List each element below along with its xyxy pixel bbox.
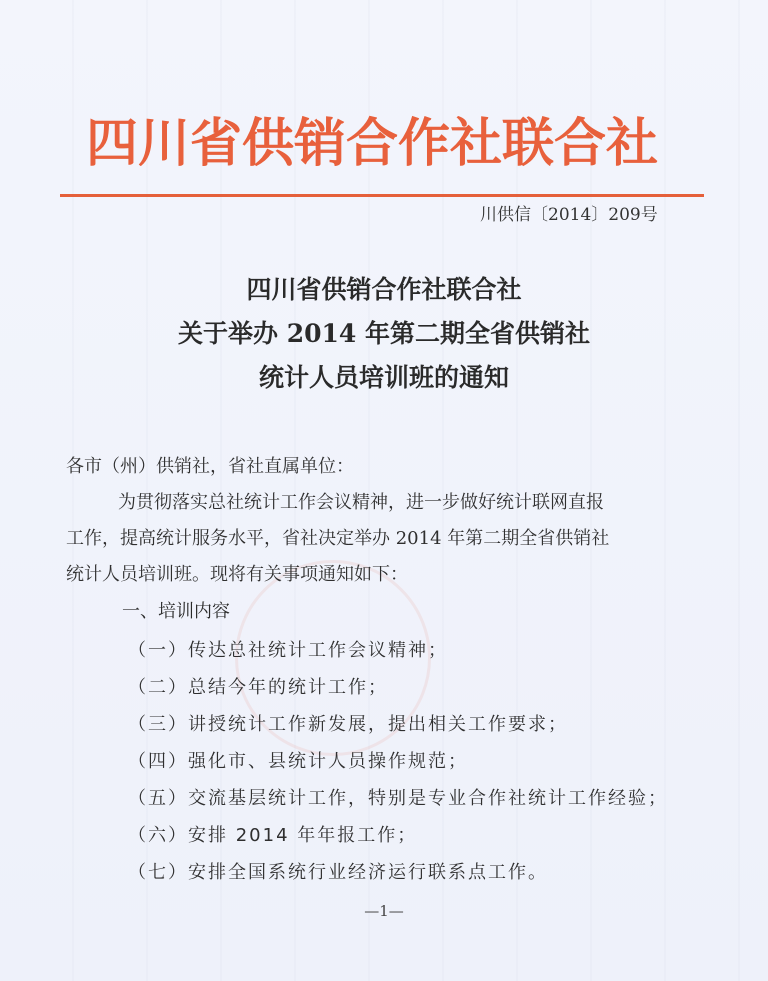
notice-title-line-3: 统计人员培训班的通知: [0, 358, 768, 394]
section-heading-training-content: 一、培训内容: [122, 597, 230, 623]
list-item: （三）讲授统计工作新发展，提出相关工作要求；: [128, 710, 568, 736]
organization-letterhead: 四川省供销合作社联合社: [86, 112, 686, 176]
notice-title-line-2: 关于举办 2014 年第二期全省供销社: [0, 314, 768, 350]
letterhead-red-rule: [60, 194, 704, 197]
list-item: （四）强化市、县统计人员操作规范；: [128, 747, 468, 773]
list-item: （一）传达总社统计工作会议精神；: [128, 636, 448, 662]
bleed-through-text: [20, 260, 60, 900]
list-item: （七）安排全国系统行业经济运行联系点工作。: [128, 858, 548, 884]
list-item: （二）总结今年的统计工作；: [128, 673, 388, 699]
document-page: 四川省供销合作社联合社 川供信〔2014〕209号 四川省供销合作社联合社 关于…: [0, 0, 768, 981]
intro-paragraph-line-3: 统计人员培训班。现将有关事项通知如下：: [66, 560, 408, 586]
page-number: —1—: [0, 902, 768, 920]
notice-title-line-1: 四川省供销合作社联合社: [0, 270, 768, 306]
intro-paragraph-line-1: 为贯彻落实总社统计工作会议精神，进一步做好统计联网直报: [118, 488, 604, 514]
salutation: 各市（州）供销社，省社直属单位：: [66, 452, 354, 478]
document-number: 川供信〔2014〕209号: [480, 200, 658, 225]
list-item: （五）交流基层统计工作，特别是专业合作社统计工作经验；: [128, 784, 668, 810]
intro-paragraph-line-2: 工作，提高统计服务水平，省社决定举办 2014 年第二期全省供销社: [66, 524, 609, 550]
list-item: （六）安排 2014 年年报工作；: [128, 821, 417, 847]
